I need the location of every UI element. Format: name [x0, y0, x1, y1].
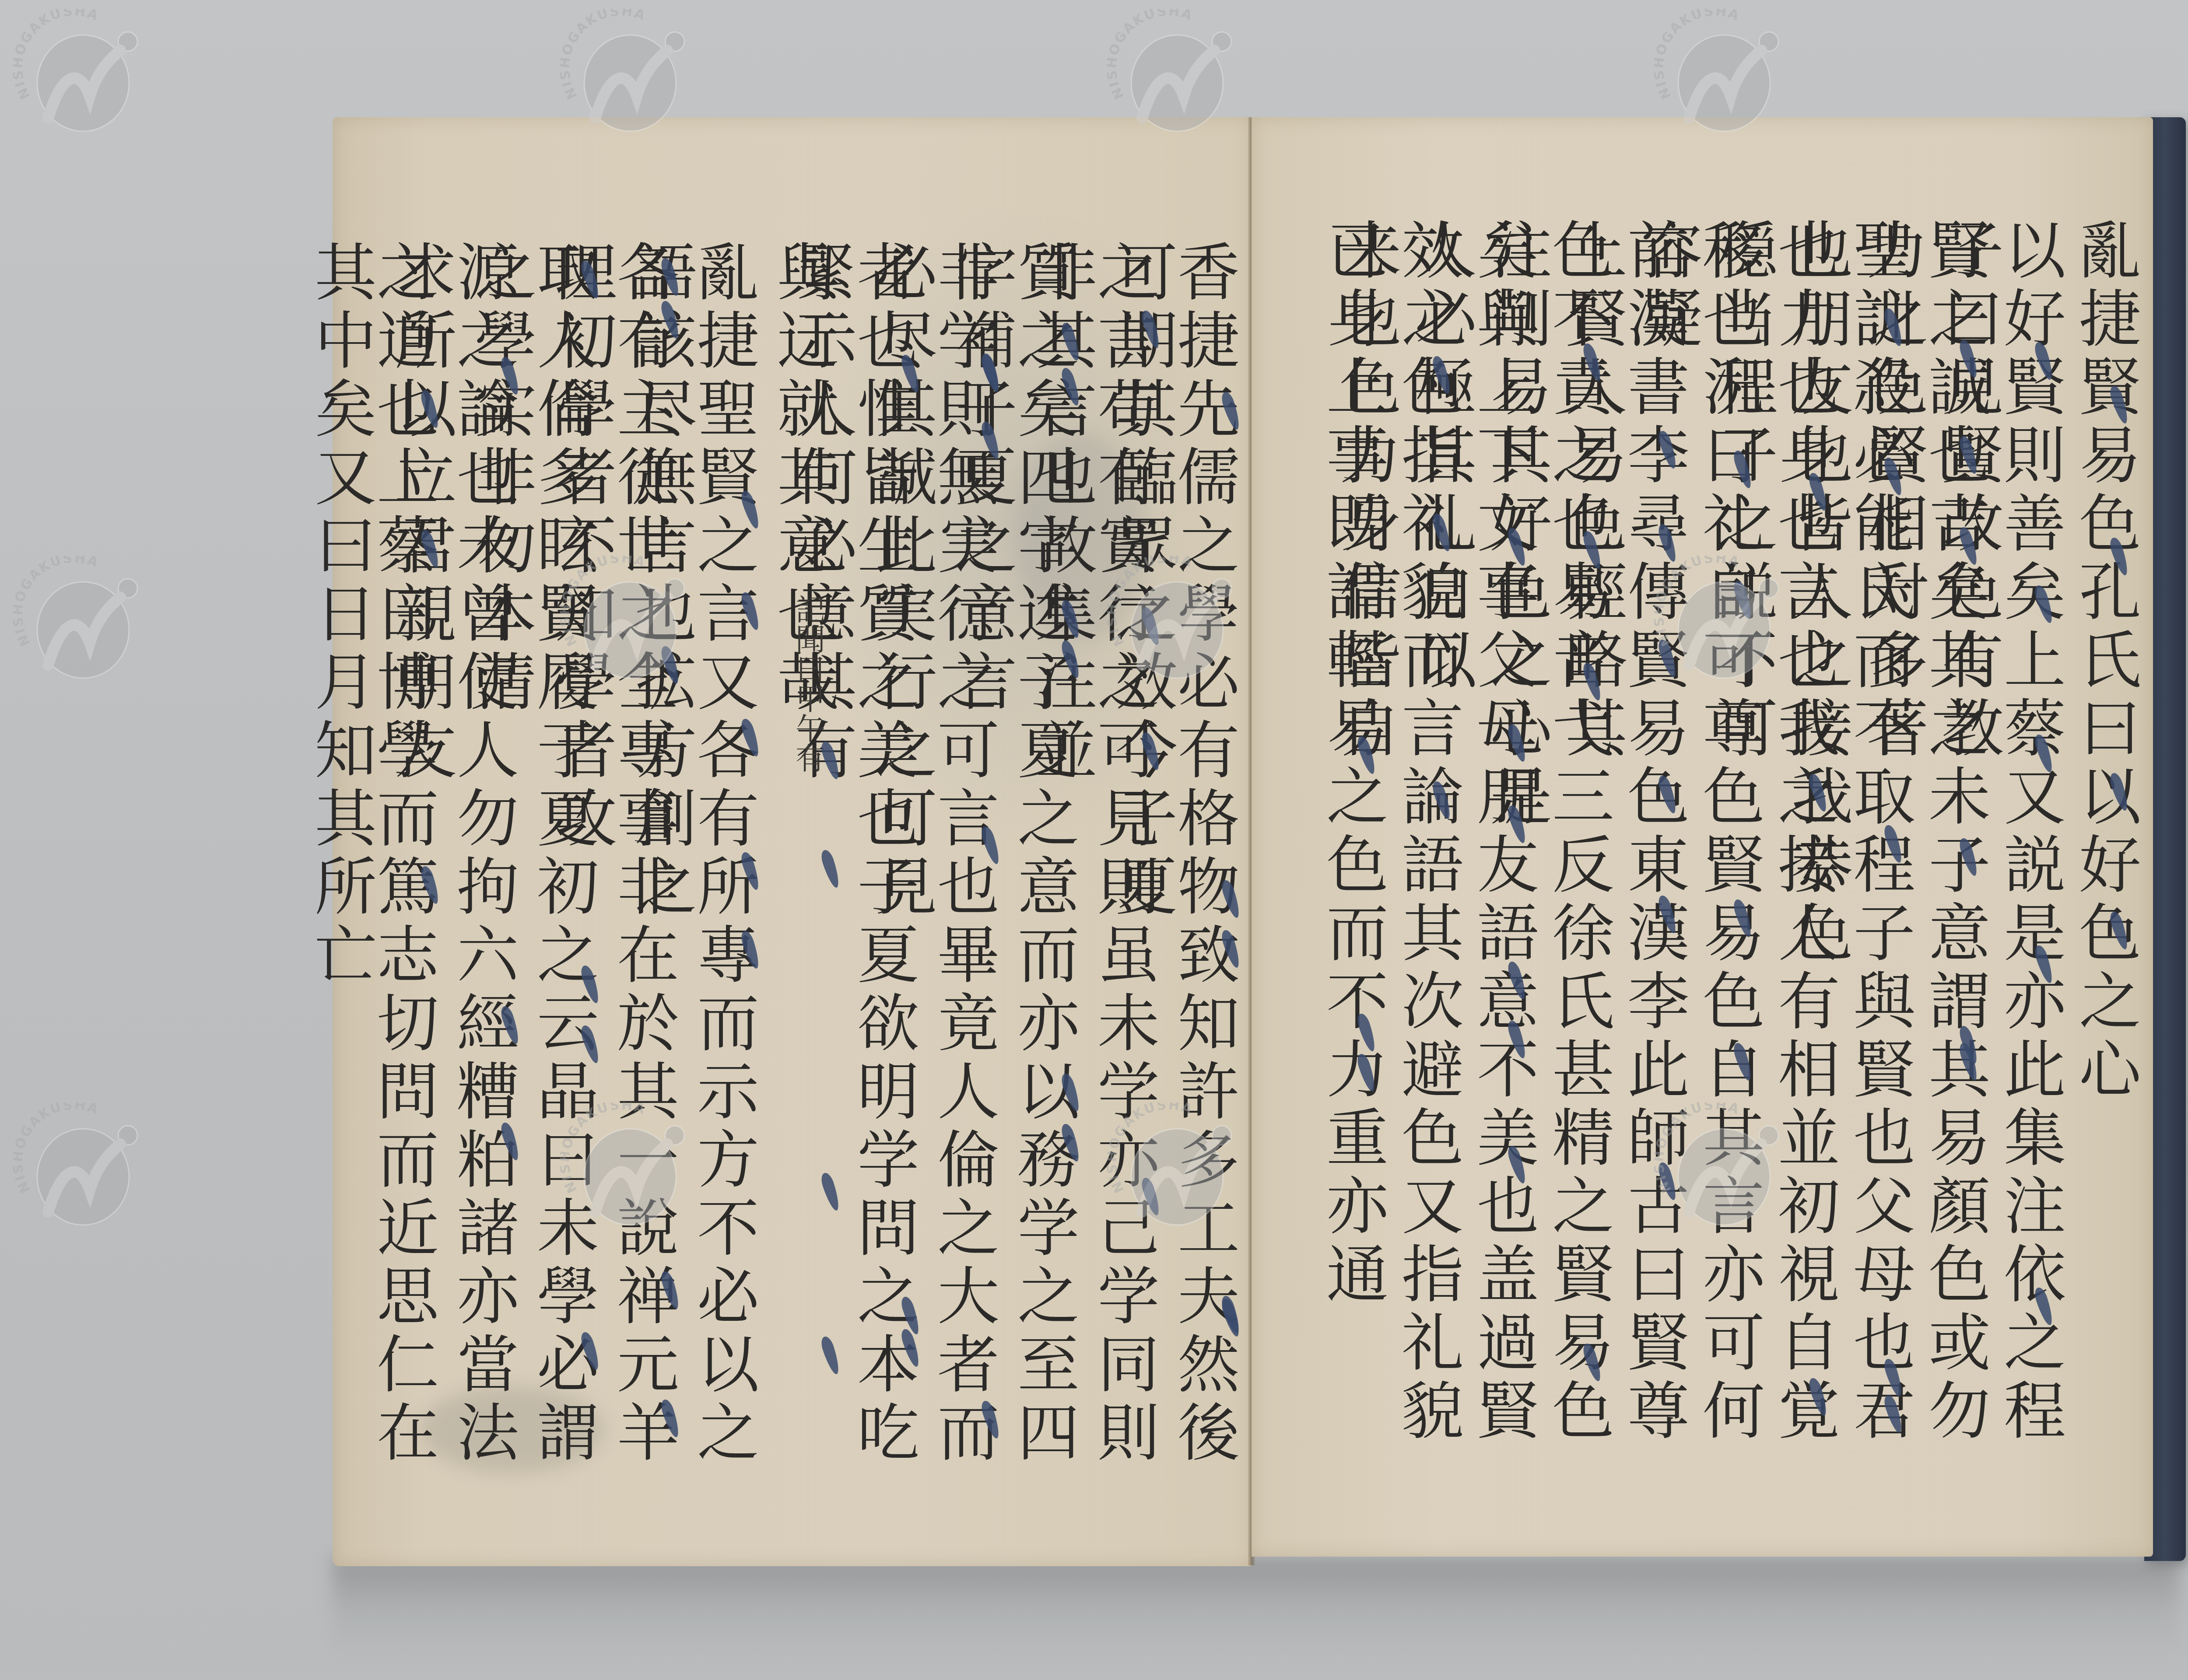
interlinear-note: 記聞曰甲午有	[792, 594, 823, 778]
text-column: 亂捷聖賢之言又各有所專而示方不必以之語該尽無言也拡方創之	[673, 240, 754, 1508]
text-column: 前漢書李尋傳賢易色東漢李此師古曰賢尊上賢人易色輕略其	[1609, 218, 1684, 1487]
text-column: 源之論也未曾使人勿拘六經糟粕諸亦當法求所以立君親朋友	[433, 240, 513, 1508]
text-column: 香捷先儒之學必有格物致知許多工夫然後可期其臨眾之效今子夏	[1154, 240, 1234, 1508]
text-column: 各有主従世之全專事非在於其一說禅元羊理初學者不知學者攻	[593, 240, 673, 1508]
right-page: 亂捷賢易色孔氏曰以好色之心以好賢則善矣上蔡又説是亦此集注依之程子曰見賢改色有教賢…	[1252, 117, 2153, 1557]
text-column: 賢之誠也吉矣其之未子意謂其易顏色或勿力之色賢相対多著	[1910, 218, 1985, 1487]
open-book: 香捷先儒之學必有格物致知許多工夫然後可期其臨眾之效今子夏之言苟有實行之可見則虽未…	[0, 0, 2188, 1680]
text-column: 色不責之也易音弋三反徐氏甚精之賢易色注削易其好色之心是	[1533, 218, 1609, 1487]
right-page-text: 亂捷賢易色孔氏曰以好色之心以好賢則善矣上蔡又説是亦此集注依之程子曰見賢改色有教賢…	[1304, 218, 2135, 1487]
left-page-text: 香捷先儒之學必有格物致知許多工夫然後可期其臨眾之效今子夏之言苟有實行之可見則虽未…	[350, 240, 1234, 1508]
text-column: 質之矣四字述子夏之意而亦以務学之至四字補子夏之意言	[994, 240, 1074, 1508]
text-column: 效之色指礼貌而言論語其次避色又指礼貌来也色力身信皆自	[1383, 218, 1458, 1487]
text-column: 者也惟皆生質之美也子夏欲明学問之本吃緊示人何必意其有	[834, 240, 914, 1508]
text-column: 已身上事既謂輕易之色而不力重亦通	[1308, 218, 1383, 1487]
text-column: 以好賢則善矣上蔡又説是亦此集注依之程子曰見賢改色有教	[1985, 218, 2060, 1487]
text-column: 移也況曰礼自可尊色賢易色自其言亦可何容疑	[1684, 218, 1759, 1487]
text-column: 矣與上下文事父母朋友語意不美也盖過賢人必極其礼自以	[1458, 218, 1533, 1487]
left-page: 香捷先儒之學必有格物致知許多工夫然後可期其臨眾之效今子夏之言苟有實行之可見則虽未…	[333, 117, 1252, 1566]
text-column: 也力也身也言也我之接人有相並初視自覚穏当程子之説不可	[1759, 218, 1834, 1487]
text-column: 之言苟有實行之可見則虽未学亦己学同則非其言也故集注並	[1074, 240, 1154, 1508]
text-column: 與迂就其意也哉	[754, 240, 834, 1508]
text-column: 取人倫多眩賢履于夏初之云晶曰未學必謂之學实非勿本清	[513, 240, 593, 1508]
